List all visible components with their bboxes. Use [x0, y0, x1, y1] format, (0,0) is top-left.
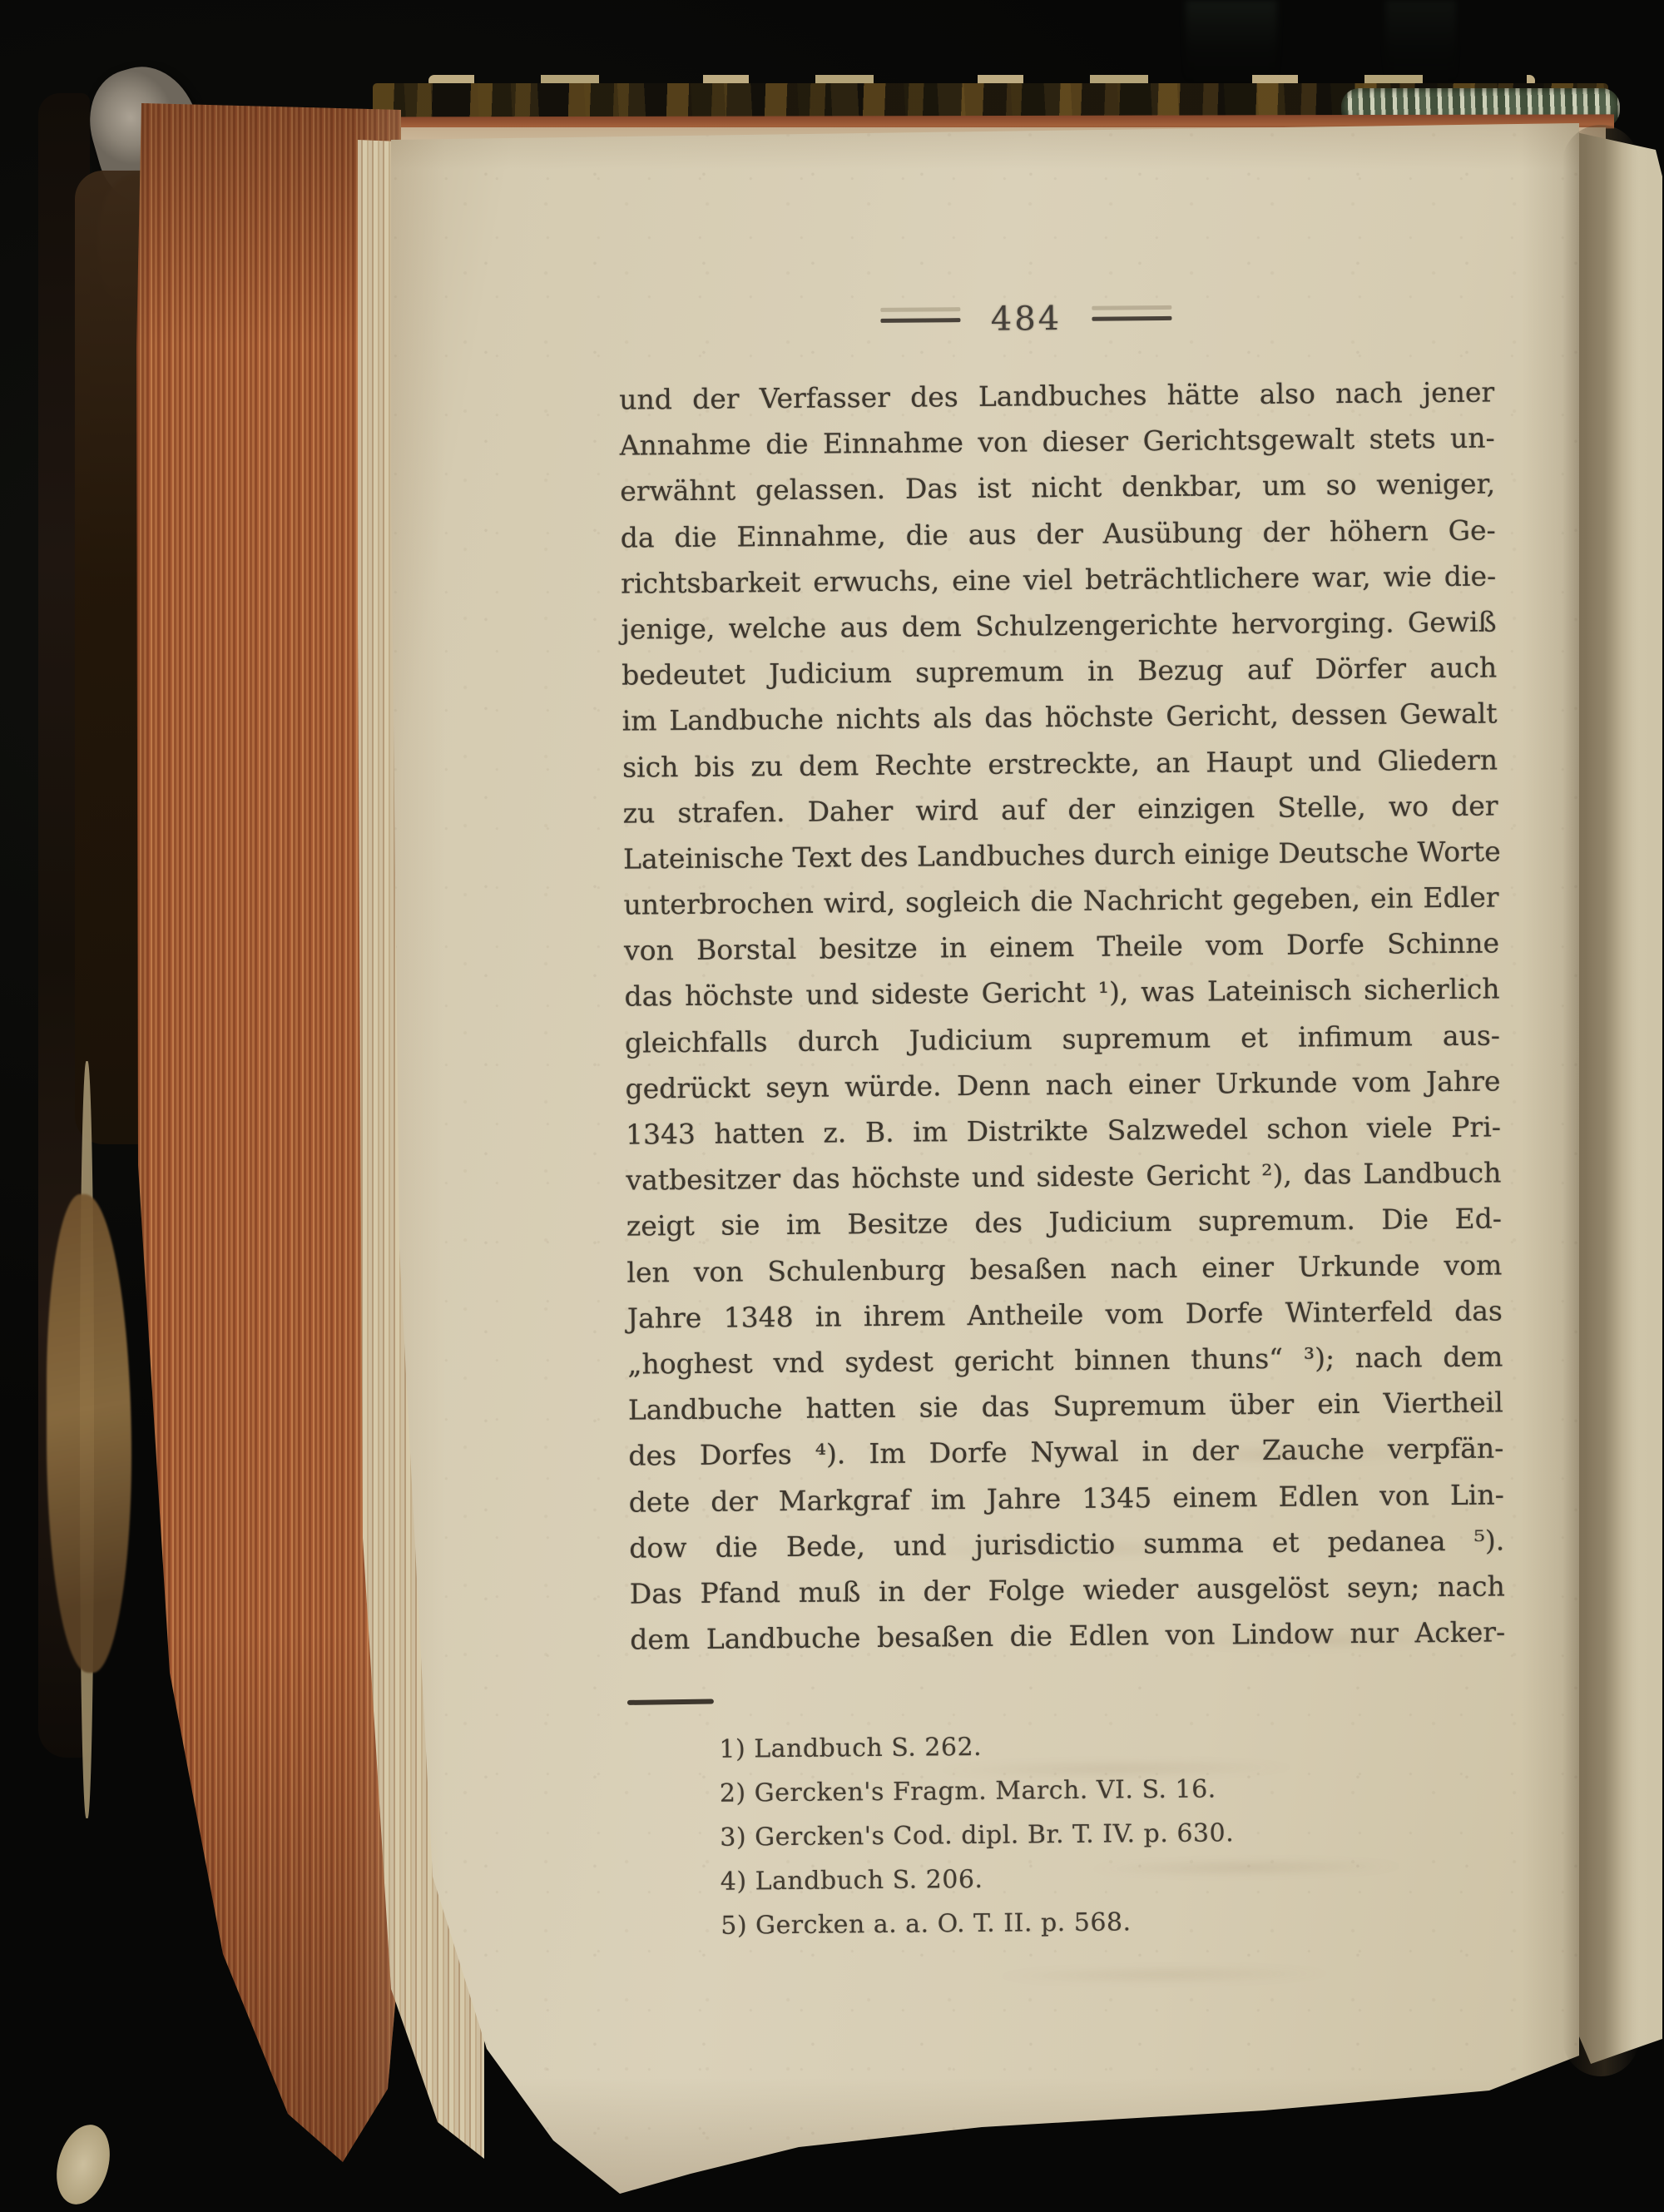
text-line: unterbrochen wird, sogleich die Nachrich… [623, 875, 1498, 928]
text-line: da die Einnahme, die aus der Ausübung de… [620, 507, 1495, 560]
text-line: dow die Bede, und jurisdictio summa et p… [629, 1517, 1504, 1570]
header-dash-left [881, 318, 961, 323]
text-line: im Landbuche nichts als das höchste Geri… [622, 691, 1497, 744]
text-line: „hoghest vnd sydest gericht binnen thuns… [627, 1333, 1503, 1386]
text-line: zeigt sie im Besitze des Judicium suprem… [626, 1196, 1502, 1249]
text-line: sich bis zu dem Rechte erstreckte, an Ha… [622, 737, 1498, 790]
footnote-line: 3) Gercken's Cod. dipl. Br. T. IV. p. 63… [720, 1808, 1535, 1860]
background-cloth-streak [1186, 0, 1277, 83]
text-line: len von Schulenburg besaßen nach einer U… [626, 1242, 1502, 1295]
text-line: dete der Markgraf im Jahre 1345 einem Ed… [629, 1471, 1504, 1525]
text-line: von Borstal besitze in einem Theile vom … [624, 920, 1499, 974]
book-scan: 484 und der Verfasser des Landbuches hät… [0, 0, 1664, 2212]
text-line: Annahme die Einnahme von dieser Gerichts… [620, 415, 1495, 469]
body-text: und der Verfasser des Landbuches hätte a… [619, 369, 1505, 1663]
text-line: des Dorfes ⁴). Im Dorfe Nywal in der Zau… [628, 1426, 1503, 1479]
text-line: 1343 hatten z. B. im Distrikte Salzwedel… [626, 1104, 1501, 1157]
footnote-line: 5) Gercken a. a. O. T. II. p. 568. [721, 1897, 1536, 1948]
footnote-line: 4) Landbuch S. 206. [721, 1852, 1536, 1904]
page-gap-shadow [1562, 125, 1639, 2076]
worn-paper-chip [48, 2119, 119, 2211]
text-line: das höchste und sideste Gericht ¹), was … [624, 966, 1499, 1019]
background-cloth-streak [1385, 0, 1456, 83]
page-number: 484 [991, 300, 1062, 339]
text-line: dem Landbuche besaßen die Edlen von Lind… [630, 1609, 1505, 1663]
footnote-line: 1) Landbuch S. 262. [719, 1720, 1534, 1772]
book-page: 484 und der Verfasser des Landbuches hät… [359, 107, 1582, 2204]
text-line: gleichfalls durch Judicium supremum et i… [625, 1012, 1500, 1065]
text-line: Jahre 1348 in ihrem Antheile vom Dorfe W… [627, 1287, 1503, 1341]
text-line: bedeutet Judicium supremum in Bezug auf … [622, 645, 1497, 698]
text-line: Landbuche hatten sie das Supremum über e… [628, 1380, 1503, 1433]
text-line: zu strafen. Daher wird auf der einzigen … [622, 782, 1498, 836]
text-line: gedrückt seyn würde. Denn nach einer Urk… [625, 1058, 1500, 1111]
text-line: Lateinische Text des Landbuches durch ei… [623, 828, 1498, 881]
page-content: 484 und der Verfasser des Landbuches hät… [357, 101, 1598, 2209]
page-header: 484 [851, 295, 1201, 344]
footnote-line: 2) Gercken's Fragm. March. VI. S. 16. [720, 1764, 1535, 1816]
text-line: vatbesitzer das höchste und sideste Geri… [626, 1150, 1501, 1203]
text-line: richtsbarkeit erwuchs, eine viel beträch… [621, 553, 1496, 606]
text-line: erwähnt gelassen. Das ist nicht denkbar,… [620, 461, 1495, 514]
text-line: Das Pfand muß in der Folge wieder ausgel… [630, 1563, 1505, 1616]
footnotes: 1) Landbuch S. 262.2) Gercken's Fragm. M… [719, 1720, 1536, 1948]
header-dash-right [1092, 315, 1171, 320]
worn-leather-patch [47, 1194, 131, 1673]
text-line: jenige, welche aus dem Schulzengerichte … [621, 598, 1496, 652]
text-line: und der Verfasser des Landbuches hätte a… [619, 369, 1494, 423]
